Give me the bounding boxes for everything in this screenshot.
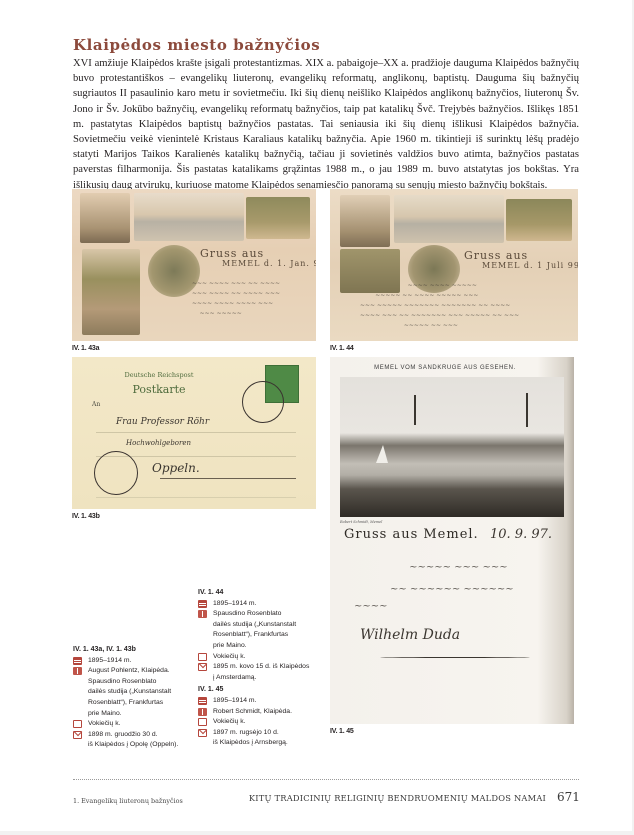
signature-underline	[380, 657, 530, 658]
page-number: 671	[557, 790, 580, 804]
harbour-engraving	[340, 377, 564, 517]
metadata-heading: IV. 1. 45	[198, 685, 328, 696]
metadata-date-row: 1895–1914 m.	[73, 656, 203, 667]
metadata-mail-row: 1895 m. kovo 15 d. iš Klaipėdos	[198, 662, 328, 673]
harbour-panorama-vignette	[134, 193, 244, 241]
address-rule	[160, 478, 296, 479]
monument-vignette	[82, 249, 140, 335]
body-paragraph: XVI amžiuje Klaipėdos krašte įsigali pro…	[73, 56, 579, 193]
footer-section-label: 1. Evangelikų liuteronų bažnyčios	[73, 797, 183, 805]
figure-caption-45: IV. 1. 45	[330, 728, 354, 735]
publisher-icon	[198, 708, 207, 716]
publisher-icon	[73, 667, 82, 675]
postcard-header: Deutsche Reichspost	[72, 371, 246, 379]
metadata-date-row: 1895–1914 m.	[198, 696, 328, 707]
mail-icon	[198, 729, 207, 737]
postcard-title: Postkarte	[72, 383, 246, 396]
figure-caption-44: IV. 1. 44	[330, 345, 354, 352]
metadata-publisher-row: August Pohlentz, Klaipėda.	[73, 666, 203, 677]
address-to-label: An	[92, 401, 100, 408]
metadata-heading: IV. 1. 43a, IV. 1. 43b	[73, 645, 203, 656]
sailboat	[376, 445, 388, 463]
metadata-publisher-row: Robert Schmidt, Klaipėda.	[198, 707, 328, 718]
church-vignette	[340, 195, 390, 247]
park-vignette	[506, 199, 572, 241]
metadata-publisher-row: Spausdino Rosenblato	[198, 609, 328, 620]
address-line-1: Frau Professor Röhr	[116, 417, 209, 427]
section-title: Klaipėdos miesto bažnyčios	[73, 36, 320, 54]
handwritten-word: ~~~~	[354, 601, 388, 612]
calendar-icon	[198, 600, 207, 608]
metadata-language-row: Vokiečių k.	[198, 652, 328, 663]
figure-caption-43b: IV. 1. 43b	[72, 513, 100, 520]
metadata-language-row: Vokiečių k.	[73, 719, 203, 730]
memel-date: MEMEL d. 1 Juli 99	[482, 261, 578, 270]
address-rule	[96, 497, 296, 498]
book-page: Klaipėdos miesto bažnyčios XVI amžiuje K…	[0, 0, 632, 831]
postmark-oppeln	[94, 451, 138, 495]
metadata-mail-row: 1897 m. rugsėjo 10 d.	[198, 728, 328, 739]
metadata-block-43: IV. 1. 43a, IV. 1. 43b 1895–1914 m. Augu…	[73, 645, 203, 751]
handwritten-signature: Wilhelm Duda	[360, 627, 460, 643]
engraver-credit: Robert Schmidt, Memel	[340, 520, 382, 524]
footer-divider	[73, 779, 579, 780]
handwritten-message: ~~~~ ~~~~ ~~~~~ ~~~~~ ~~ ~~~~ ~~~~~ ~~~~…	[360, 281, 519, 331]
address-rule	[96, 432, 296, 433]
harbour-panorama-vignette	[394, 195, 504, 243]
church-spire	[414, 395, 416, 425]
church-vignette	[80, 193, 130, 243]
metadata-block-44: IV. 1. 44 1895–1914 m. Spausdino Rosenbl…	[198, 588, 328, 749]
handwritten-date: 10. 9. 97.	[490, 527, 552, 542]
mail-icon	[73, 731, 82, 739]
postcard-image-43b: Deutsche Reichspost Postkarte An Frau Pr…	[72, 357, 316, 509]
gruss-heading: Gruss aus Memel.	[344, 527, 479, 542]
footer-running-title: KITŲ TRADICINIŲ RELIGINIŲ BENDRUOMENIŲ M…	[249, 793, 546, 803]
postcard-image-43a: Gruss aus MEMEL d. 1. Jan. 99 ~~~ ~~~~ ~…	[72, 189, 316, 341]
print-title: MEMEL VOM SANDKRUGE AUS GESEHEN.	[330, 365, 560, 371]
memel-date: MEMEL d. 1. Jan. 99	[222, 259, 316, 268]
metadata-mail-row: 1898 m. gruodžio 30 d.	[73, 730, 203, 741]
address-line-2: Hochwohlgeboren	[126, 439, 191, 447]
park-vignette	[246, 197, 310, 239]
mail-icon	[198, 663, 207, 671]
publisher-icon	[198, 610, 207, 618]
metadata-heading: IV. 1. 44	[198, 588, 328, 599]
ship-mast	[526, 393, 528, 427]
postcard-image-45: MEMEL VOM SANDKRUGE AUS GESEHEN. Robert …	[330, 357, 574, 724]
calendar-icon	[198, 697, 207, 705]
handwritten-message: ~~~~~ ~~~ ~~~~~ ~~~~~~ ~~~~~~	[390, 557, 514, 601]
metadata-date-row: 1895–1914 m.	[198, 599, 328, 610]
figure-caption-43a: IV. 1. 43a	[72, 345, 99, 352]
handwritten-message: ~~~ ~~~~ ~~~ ~~ ~~~~~~~ ~~~~ ~~ ~~~~ ~~~…	[192, 279, 280, 319]
calendar-icon	[73, 657, 82, 665]
postmark-memel	[242, 381, 284, 423]
postcard-image-44: Gruss aus MEMEL d. 1 Juli 99 ~~~~ ~~~~ ~…	[330, 189, 578, 341]
metadata-language-row: Vokiečių k.	[198, 717, 328, 728]
address-line-3: Oppeln.	[152, 461, 200, 475]
